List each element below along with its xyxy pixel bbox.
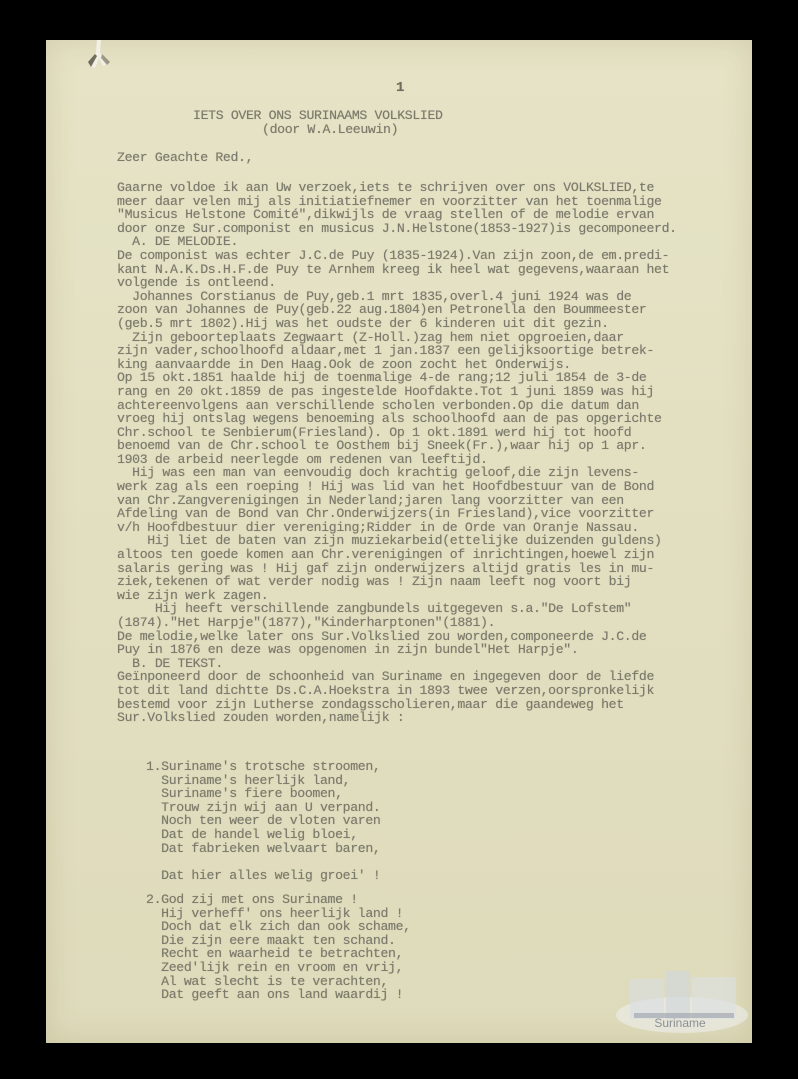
text-line: Zijn geboorteplaats Zegwaart (Z-Holl.)za…	[117, 331, 677, 345]
text-line: Afdeling van de Bond van Chr.Onderwijzer…	[117, 507, 677, 521]
text-line: meer daar velen mij als initiatiefnemer …	[117, 195, 677, 209]
text-line: "Musicus Helstone Comité",dikwijls de vr…	[117, 208, 677, 222]
verse-line: Noch ten weer de vloten varen	[146, 814, 380, 828]
verse-line: Zeed'lijk rein en vroom en vrij,	[146, 961, 411, 975]
text-line: benoemd van de Chr.school te Oosthem bij…	[117, 439, 677, 453]
archive-watermark-logo: Suriname	[612, 965, 752, 1035]
svg-text:Suriname: Suriname	[654, 1016, 706, 1030]
text-line: (geb.5 mrt 1802).Hij was het oudste der …	[117, 317, 677, 331]
text-line: kant N.A.K.Ds.H.F.de Puy te Arnhem kreeg…	[117, 263, 677, 277]
text-line: altoos ten goede komen aan Chr.verenigin…	[117, 548, 677, 562]
text-line: werk zag als een roeping ! Hij was lid v…	[117, 480, 677, 494]
text-line: volgende is ontleend.	[117, 276, 677, 290]
text-line: vroeg hij ontslag wegens benoeming als s…	[117, 412, 677, 426]
text-line: salaris gering was ! Hij gaf zijn onderw…	[117, 562, 677, 576]
verse-line: Dat geeft aan ons land waardij !	[146, 988, 411, 1002]
verse-line: Recht en waarheid te betrachten,	[146, 947, 411, 961]
body-text: Gaarne voldoe ik aan Uw verzoek,iets te …	[117, 181, 677, 725]
verse-line: Al wat slecht is te verachten,	[146, 975, 411, 989]
verse-line: 2.God zij met ons Suriname !	[146, 893, 411, 907]
text-line: rang en 20 okt.1859 de pas ingestelde Ho…	[117, 385, 677, 399]
text-line: king aanvaardde in Den Haag.Ook de zoon …	[117, 358, 677, 372]
text-line: zoon van Johannes de Puy(geb.22 aug.1804…	[117, 303, 677, 317]
text-line: wie zijn werk zagen.	[117, 589, 677, 603]
text-line: door onze Sur.componist en musicus J.N.H…	[117, 222, 677, 236]
text-line: achtereenvolgens aan verschillende schol…	[117, 399, 677, 413]
text-line: De componist was echter J.C.de Puy (1835…	[117, 249, 677, 263]
author-line: (door W.A.Leeuwin)	[262, 123, 398, 137]
text-line: Puy in 1876 en deze was opgenomen in zij…	[117, 643, 677, 657]
text-line: bestemd voor zijn Lutherse zondagsscholi…	[117, 698, 677, 712]
verse-line: Trouw zijn wij aan U verpand.	[146, 801, 380, 815]
text-line: Hij heeft verschillende zangbundels uitg…	[117, 602, 677, 616]
text-line: ziek,tekenen of wat verder nodig was ! Z…	[117, 575, 677, 589]
text-line: A. DE MELODIE.	[117, 235, 677, 249]
verse-2: 2.God zij met ons Suriname ! Hij verheff…	[146, 893, 411, 1002]
verse-line: Dat hier alles welig groei' !	[146, 869, 380, 883]
verse-line: 1.Suriname's trotsche stroomen,	[146, 760, 380, 774]
text-line: De melodie,welke later ons Sur.Volkslied…	[117, 630, 677, 644]
text-line: Geïnponeerd door de schoonheid van Surin…	[117, 670, 677, 684]
text-line: Op 15 okt.1851 haalde hij de toenmalige …	[117, 371, 677, 385]
paper-tear-mark	[82, 40, 116, 76]
verse-line: Suriname's heerlijk land,	[146, 774, 380, 788]
verse-line: Die zijn eere maakt ten schand.	[146, 934, 411, 948]
text-line: van Chr.Zangverenigingen in Nederland;ja…	[117, 494, 677, 508]
text-line: Hij was een man van eenvoudig doch krach…	[117, 466, 677, 480]
page-number: 1	[396, 82, 404, 96]
text-line: Chr.school te Senbierum(Friesland). Op 1…	[117, 426, 677, 440]
verse-line	[146, 855, 380, 869]
verse-1: 1.Suriname's trotsche stroomen, Suriname…	[146, 760, 380, 882]
text-line: zijn vader,schoolhoofd aldaar,met 1 jan.…	[117, 344, 677, 358]
text-line: (1874)."Het Harpje"(1877),"Kinderharpton…	[117, 616, 677, 630]
salutation: Zeer Geachte Red.,	[117, 151, 253, 165]
text-line: B. DE TEKST.	[117, 657, 677, 671]
text-line: Gaarne voldoe ik aan Uw verzoek,iets te …	[117, 181, 677, 195]
verse-line: Hij verheff' ons heerlijk land !	[146, 907, 411, 921]
verse-line: Dat fabrieken welvaart baren,	[146, 842, 380, 856]
verse-line: Suriname's fiere boomen,	[146, 787, 380, 801]
text-line: Hij liet de baten van zijn muziekarbeid(…	[117, 534, 677, 548]
text-line: tot dit land dichtte Ds.C.A.Hoekstra in …	[117, 684, 677, 698]
verse-line: Dat de handel welig bloei,	[146, 828, 380, 842]
verse-line: Doch dat elk zich dan ook schame,	[146, 920, 411, 934]
text-line: v/h Hoofdbestuur dier vereniging;Ridder …	[117, 521, 677, 535]
text-line: Johannes Corstianus de Puy,geb.1 mrt 183…	[117, 290, 677, 304]
document-title: IETS OVER ONS SURINAAMS VOLKSLIED	[193, 109, 443, 123]
text-line: 1903 de arbeid neerlegde om redenen van …	[117, 453, 677, 467]
text-line: Sur.Volkslied zouden worden,namelijk :	[117, 711, 677, 725]
